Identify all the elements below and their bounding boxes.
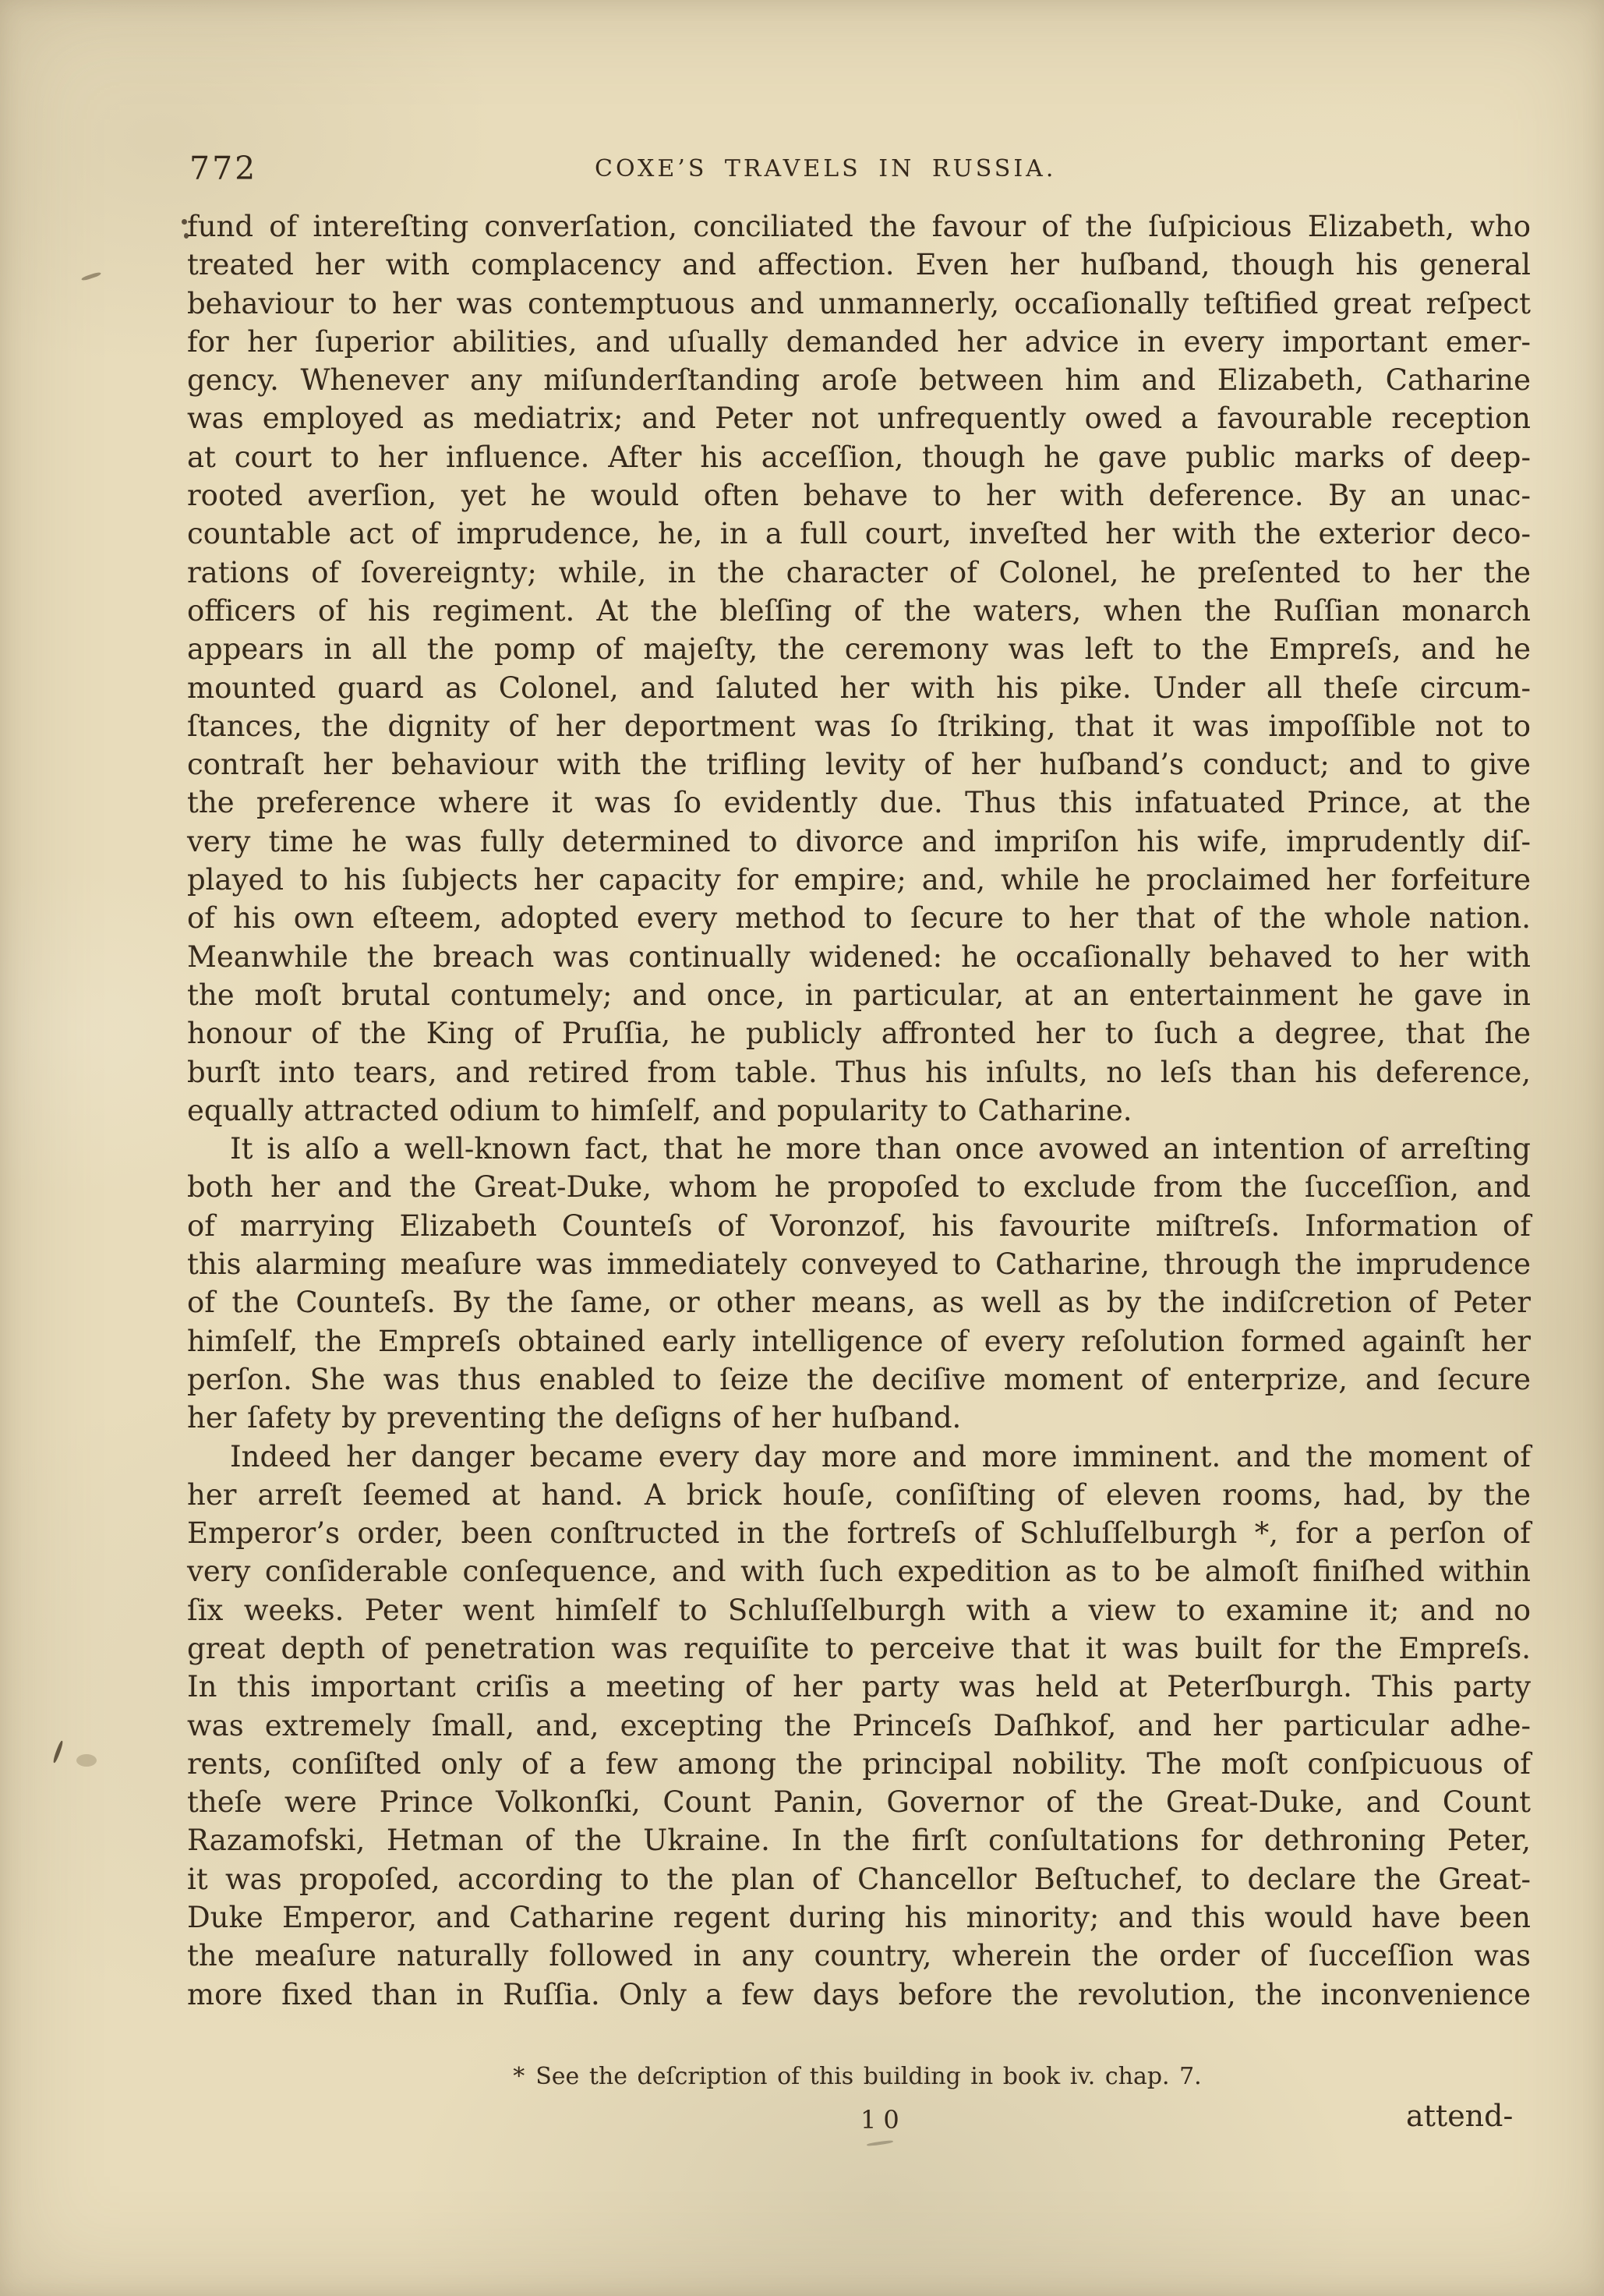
- text-line: played to his ſubjects her capacity for …: [187, 861, 1531, 899]
- text-line: was extremely ſmall, and, excepting the …: [187, 1707, 1531, 1745]
- text-line: of marrying Elizabeth Counteſs of Voronz…: [187, 1207, 1531, 1245]
- text-line: for her ſuperior abilities, and uſually …: [187, 323, 1531, 361]
- text-line: perſon. She was thus enabled to ſeize th…: [187, 1360, 1531, 1399]
- text-line: contraſt her behaviour with the trifling…: [187, 745, 1531, 784]
- page-number: 772: [189, 150, 257, 187]
- text-line: ſtances, the dignity of her deportment w…: [187, 707, 1531, 745]
- text-line: ſix weeks. Peter went himſelf to Schluſſ…: [187, 1591, 1531, 1629]
- text-line: Duke Emperor, and Catharine regent durin…: [187, 1898, 1531, 1937]
- text-line: honour of the King of Pruſſia, he public…: [187, 1014, 1531, 1052]
- text-line: himſelf, the Empreſs obtained early inte…: [187, 1322, 1531, 1360]
- body-text: fund of intereſting converſation, concil…: [187, 207, 1531, 2014]
- book-page: 772 COXE’S TRAVELS IN RUSSIA. fund of in…: [0, 0, 1604, 2296]
- text-line: gency. Whenever any miſunderſtanding aro…: [187, 361, 1531, 399]
- text-line: officers of his regiment. At the bleſſin…: [187, 592, 1531, 630]
- text-line: Meanwhile the breach was continually wid…: [187, 938, 1531, 976]
- footnote: *See the deſcription of this building in…: [468, 2063, 1247, 2090]
- text-line: this alarming meaſure was immediately co…: [187, 1245, 1531, 1283]
- ink-smudge: [76, 1754, 97, 1767]
- text-line: treated her with complacency and affecti…: [187, 246, 1531, 284]
- text-line: very time he was fully determined to div…: [187, 823, 1531, 861]
- text-line: appears in all the pomp of majeſty, the …: [187, 630, 1531, 668]
- text-line: rents, conſiſted only of a few among the…: [187, 1745, 1531, 1783]
- text-line: of his own eſteem, adopted every method …: [187, 899, 1531, 937]
- text-line: equally attracted odium to himſelf, and …: [187, 1091, 1531, 1130]
- text-line: countable act of imprudence, he, in a fu…: [187, 515, 1531, 553]
- text-line: the moſt brutal contumely; and once, in …: [187, 976, 1531, 1014]
- text-line: the meaſure naturally followed in any co…: [187, 1937, 1531, 1975]
- text-line: mounted guard as Colonel, and ſaluted he…: [187, 669, 1531, 707]
- text-line: great depth of penetration was requiſite…: [187, 1629, 1531, 1668]
- text-line: her arreſt ſeemed at hand. A brick houſe…: [187, 1476, 1531, 1514]
- text-line: her ſafety by preventing the deſigns of …: [187, 1399, 1531, 1437]
- ink-speck: [182, 219, 187, 225]
- ink-speck: [184, 233, 189, 239]
- text-line: Indeed her danger became every day more …: [187, 1438, 1531, 1476]
- pencil-dash: [867, 2140, 893, 2147]
- text-line: burſt into tears, and retired from table…: [187, 1053, 1531, 1091]
- text-line: rooted averſion, yet he would often beha…: [187, 476, 1531, 515]
- ink-squiggle: [81, 271, 101, 281]
- text-line: very conſiderable conſequence, and with …: [187, 1552, 1531, 1590]
- text-line: fund of intereſting converſation, concil…: [187, 207, 1531, 246]
- ink-slash-mark: [52, 1740, 64, 1764]
- footnote-marker: *: [513, 2063, 535, 2090]
- text-line: behaviour to her was contemptuous and un…: [187, 285, 1531, 323]
- text-line: In this important criſis a meeting of he…: [187, 1668, 1531, 1706]
- text-line: both her and the Great-Duke, whom he pro…: [187, 1168, 1531, 1206]
- text-line: theſe were Prince Volkonſki, Count Panin…: [187, 1783, 1531, 1821]
- text-line: was employed as mediatrix; and Peter not…: [187, 399, 1531, 437]
- text-line: more fixed than in Ruſſia. Only a few da…: [187, 1976, 1531, 2014]
- text-line: of the Counteſs. By the ſame, or other m…: [187, 1283, 1531, 1321]
- text-line: Emperor’s order, been conſtructed in the…: [187, 1514, 1531, 1552]
- text-line: It is alſo a well-known fact, that he mo…: [187, 1130, 1531, 1168]
- footnote-text: See the deſcription of this building in …: [535, 2063, 1201, 2090]
- text-line: at court to her influence. After his acc…: [187, 438, 1531, 476]
- text-line: it was propoſed, according to the plan o…: [187, 1860, 1531, 1898]
- running-title: COXE’S TRAVELS IN RUSSIA.: [595, 155, 1047, 182]
- text-line: Razamofski, Hetman of the Ukraine. In th…: [187, 1821, 1531, 1859]
- signature-mark: 10: [860, 2105, 906, 2135]
- catchword: attend-: [1406, 2099, 1513, 2133]
- text-line: rations of ſovereignty; while, in the ch…: [187, 554, 1531, 592]
- text-line: the preference where it was ſo evidently…: [187, 784, 1531, 822]
